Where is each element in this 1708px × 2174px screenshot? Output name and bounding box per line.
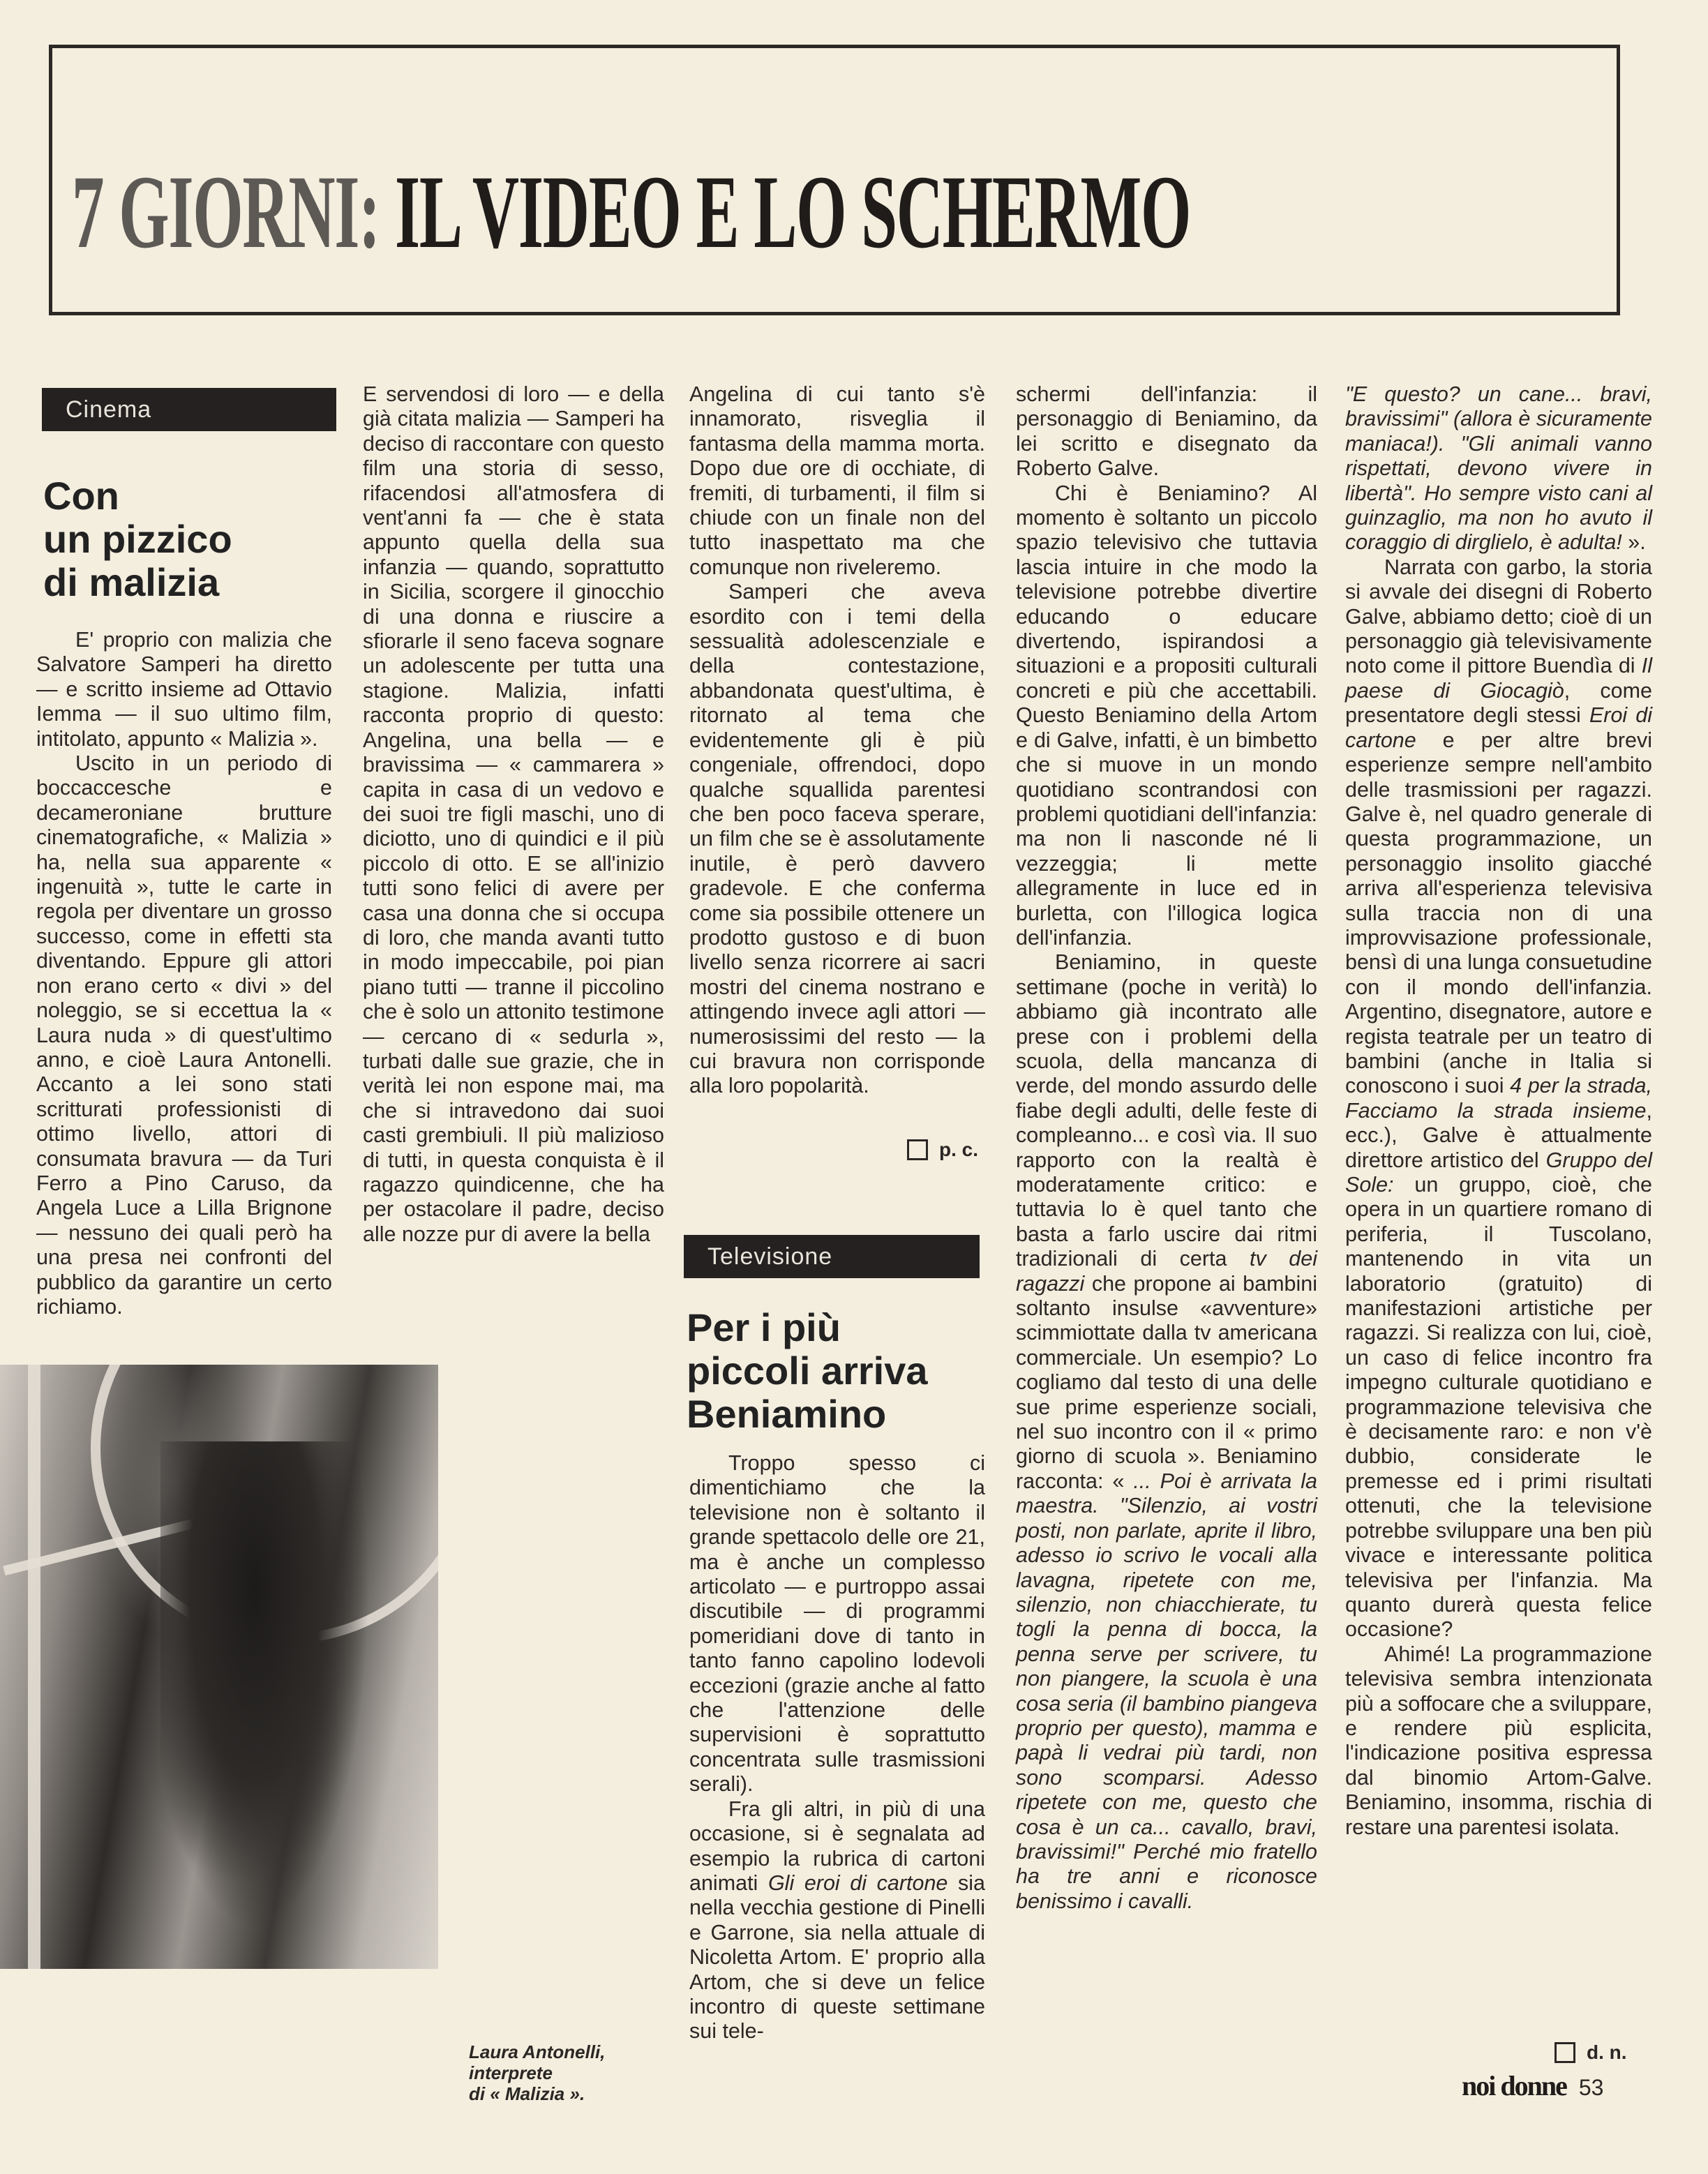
masthead-frame: 7 GIORNI: IL VIDEO E LO SCHERMO: [49, 45, 1620, 315]
title-part-2: IL VIDEO E LO SCHERMO: [395, 154, 1190, 270]
page-title: 7 GIORNI: IL VIDEO E LO SCHERMO: [72, 160, 1190, 264]
headline-line: piccoli arriva: [687, 1349, 928, 1393]
tv-headline: Per i più piccoli arriva Beniamino: [687, 1306, 928, 1436]
tv-column-1: Troppo spesso ci dimentichiamo che la te…: [689, 1451, 985, 2044]
signature-initials: d. n.: [1587, 2041, 1627, 2064]
photo-window-bar: [28, 1365, 40, 1969]
page-footer: noi donne 53: [1462, 2069, 1603, 2102]
cinema-column-3: Angelina di cui tanto s'è innamorato, ri…: [689, 382, 985, 1099]
section-tag-televisione: Televisione: [684, 1235, 980, 1278]
magazine-logo: noi donne: [1462, 2069, 1566, 2102]
section-tag-cinema: Cinema: [42, 388, 336, 431]
headline-line: Con: [43, 474, 232, 518]
paragraph: Angelina di cui tanto s'è innamorato, ri…: [689, 382, 985, 580]
headline-line: Per i più: [687, 1306, 928, 1349]
cinema-column-1: E' proprio con malizia che Salvatore Sam…: [36, 628, 332, 1319]
headline-line: di malizia: [43, 561, 232, 604]
photo-figure: [160, 1441, 370, 1930]
paragraph: Chi è Beniamino? Al momento è soltanto u…: [1016, 481, 1317, 951]
tv-signature: d. n.: [1555, 2041, 1627, 2064]
paragraph: Uscito in un periodo di boccaccesche e d…: [36, 751, 332, 1319]
paragraph: Fra gli altri, in più di una occasione, …: [689, 1797, 985, 2044]
cinema-column-2: E servendosi di loro — e della già citat…: [363, 382, 664, 1247]
paragraph: Beniamino, in queste settimane (poche in…: [1016, 950, 1317, 1914]
headline-line: Beniamino: [687, 1393, 928, 1436]
paragraph: Samperi che aveva esordito con i temi de…: [689, 580, 985, 1099]
signature-box-icon: [1555, 2042, 1575, 2063]
signature-initials: p. c.: [939, 1139, 978, 1161]
title-part-1: 7 GIORNI:: [72, 154, 380, 270]
paragraph: Troppo spesso ci dimentichiamo che la te…: [689, 1451, 985, 1797]
cinema-headline: Con un pizzico di malizia: [43, 474, 232, 604]
paragraph: Narrata con garbo, la storia si avvale d…: [1345, 555, 1652, 1642]
paragraph: schermi dell'infanzia: il personaggio di…: [1016, 382, 1317, 481]
caption-line: di « Malizia ».: [469, 2083, 606, 2104]
tv-column-3: "E questo? un cane... bravi, bravissimi"…: [1345, 382, 1652, 1840]
cinema-signature: p. c.: [907, 1139, 978, 1161]
headline-line: un pizzico: [43, 518, 232, 561]
signature-box-icon: [907, 1139, 928, 1160]
tv-column-2: schermi dell'infanzia: il personaggio di…: [1016, 382, 1317, 1914]
caption-line: Laura Antonelli,: [469, 2041, 606, 2062]
paragraph: E' proprio con malizia che Salvatore Sam…: [36, 628, 332, 751]
photo-laura-antonelli: [0, 1365, 438, 1969]
caption-line: interprete: [469, 2062, 606, 2083]
paragraph: "E questo? un cane... bravi, bravissimi"…: [1345, 382, 1652, 555]
page-number: 53: [1579, 2075, 1604, 2101]
paragraph: E servendosi di loro — e della già citat…: [363, 382, 664, 1247]
photo-caption: Laura Antonelli, interprete di « Malizia…: [469, 2041, 606, 2104]
paragraph: Ahimé! La programmazione televisiva semb…: [1345, 1642, 1652, 1840]
